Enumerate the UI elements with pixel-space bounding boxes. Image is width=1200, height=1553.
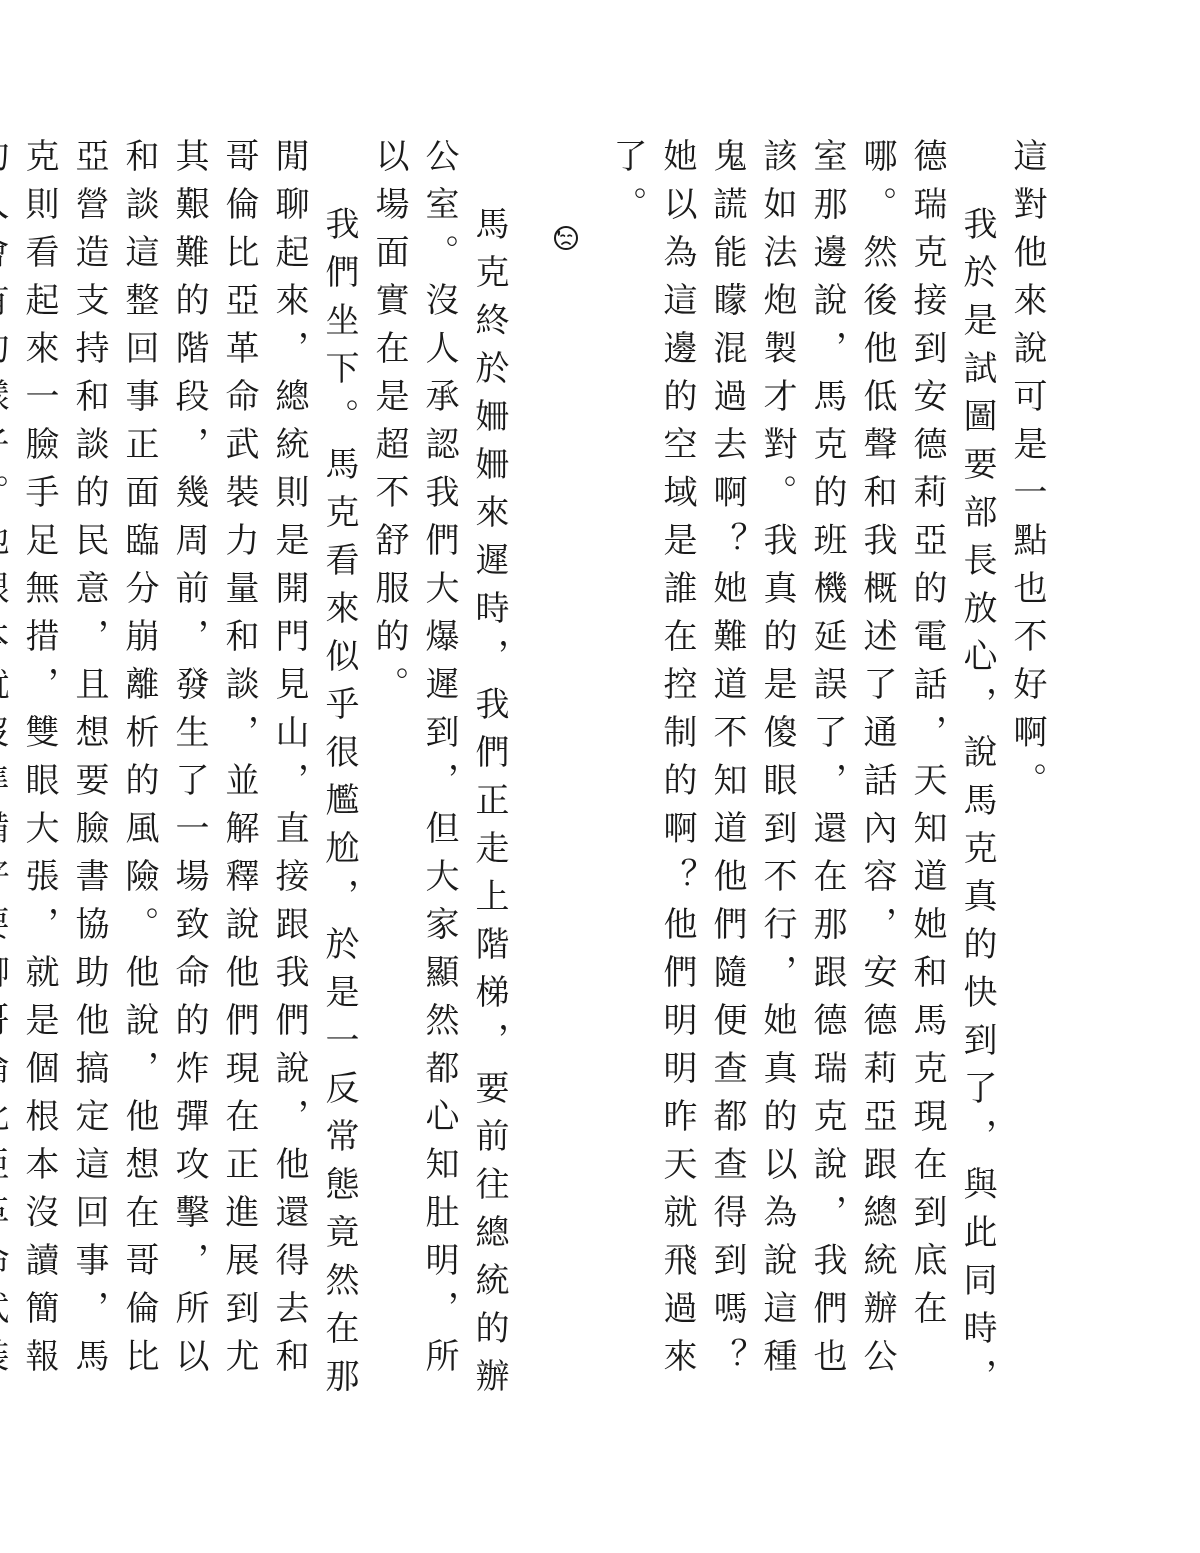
- paragraph-mark-arrives-late: 馬克終於姍姍來遲時，我們正走上階梯，要前往總統的辦公室。沒人承認我們大爆遲到，但…: [364, 138, 514, 1418]
- section-separator: [514, 138, 602, 1418]
- downcast-face-with-sweat-icon: [552, 224, 580, 252]
- vertical-text-page: 這對他來說可是一點也不好啊。 我於是試圖要部長放心，說馬克真的快到了，與此同時，…: [0, 138, 1052, 1418]
- paragraph-opening-line: 這對他來說可是一點也不好啊。: [1002, 138, 1052, 1418]
- paragraph-minister-reassurance: 我於是試圖要部長放心，說馬克真的快到了，與此同時，德瑞克接到安德莉亞的電話，天知…: [602, 138, 1002, 1418]
- paragraph-meeting-with-president: 我們坐下。馬克看來似乎很尷尬，於是一反常態竟然在那閒聊起來，總統則是開門見山，直…: [0, 138, 364, 1418]
